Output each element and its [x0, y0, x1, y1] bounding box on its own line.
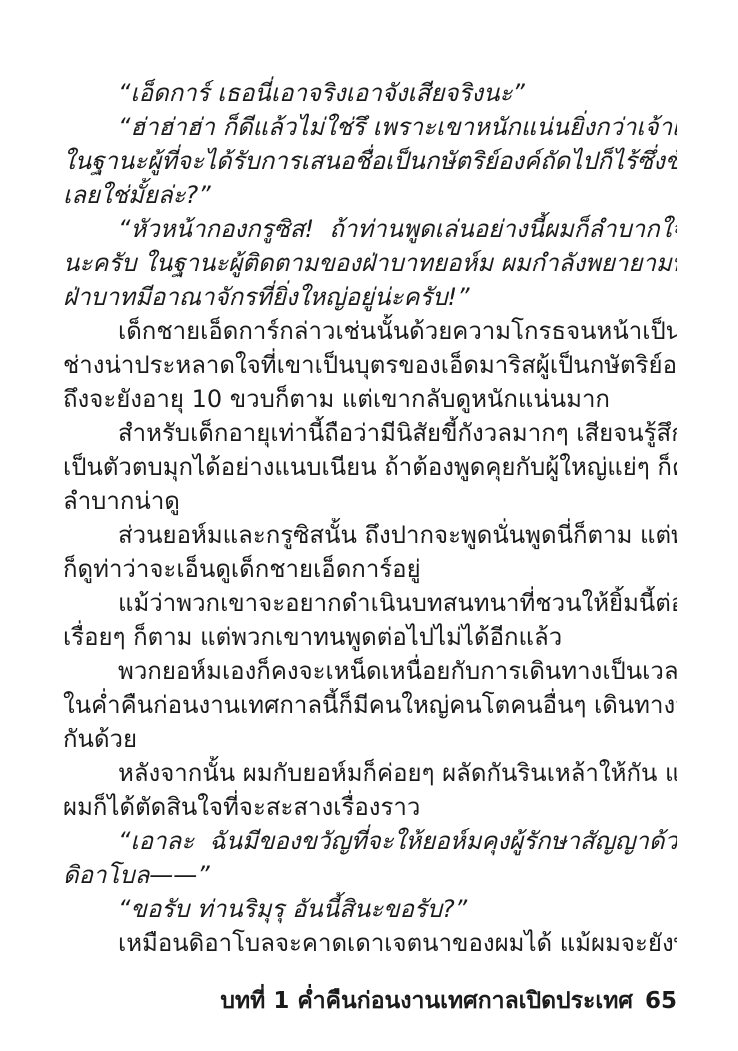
text-line: “เอาละ ฉันมีของขวัญที่จะให้ยอห์มคุงผู้รั… — [63, 824, 677, 858]
text-line: ดิอาโบล——” — [63, 858, 677, 892]
text-line: “ฮ่าฮ่าฮ่า ก็ดีแล้วไม่ใช่รึ เพราะเขาหนัก… — [63, 110, 677, 144]
text-line: ส่วนยอห์มและกรูซิสนั้น ถึงปากจะพูดนั่นพู… — [63, 518, 677, 552]
text-line: ลำบากน่าดู — [63, 484, 677, 518]
text-line: หลังจากนั้น ผมกับยอห์มก็ค่อยๆ ผลัดกันริน… — [63, 756, 677, 790]
text-line: เรื่อยๆ ก็ตาม แต่พวกเขาทนพูดต่อไปไม่ได้อ… — [63, 620, 677, 654]
paragraph-narration: สำหรับเด็กอายุเท่านี้ถือว่ามีนิสัยขี้กัง… — [63, 416, 677, 518]
paragraph-narration: แม้ว่าพวกเขาจะอยากดำเนินบทสนทนาที่ชวนให้… — [63, 586, 677, 654]
paragraph-dialogue: “ฮ่าฮ่าฮ่า ก็ดีแล้วไม่ใช่รึ เพราะเขาหนัก… — [63, 110, 677, 212]
text-line: “เอ็ดการ์ เธอนี่เอาจริงเอาจังเสียจริงนะ” — [63, 76, 677, 110]
page-footer: บทที่ 1 ค่ำคืนก่อนงานเทศกาลเปิดประเทศ65 — [63, 950, 677, 1051]
paragraph-dialogue: “เอ็ดการ์ เธอนี่เอาจริงเอาจังเสียจริงนะ” — [63, 76, 677, 110]
paragraph-narration: พวกยอห์มเองก็คงจะเหน็ดเหนื่อยกับการเดินท… — [63, 654, 677, 756]
text-line: กันด้วย — [63, 722, 677, 756]
paragraph-narration: หลังจากนั้น ผมกับยอห์มก็ค่อยๆ ผลัดกันริน… — [63, 756, 677, 824]
paragraph-dialogue: “ขอรับ ท่านริมุรุ อันนี้สินะขอรับ?” — [63, 892, 677, 926]
text-line: นะครับ ในฐานะผู้ติดตามของฝ่าบาทยอห์ม ผมก… — [63, 246, 677, 280]
text-line: ในค่ำคืนก่อนงานเทศกาลนี้ก็มีคนใหญ่คนโตคน… — [63, 688, 677, 722]
paragraph-narration: ส่วนยอห์มและกรูซิสนั้น ถึงปากจะพูดนั่นพู… — [63, 518, 677, 586]
text-line: ก็ดูท่าว่าจะเอ็นดูเด็กชายเอ็ดการ์อยู่ — [63, 552, 677, 586]
book-page: “เอ็ดการ์ เธอนี่เอาจริงเอาจังเสียจริงนะ”… — [0, 0, 738, 1051]
text-line: พวกยอห์มเองก็คงจะเหน็ดเหนื่อยกับการเดินท… — [63, 654, 677, 688]
text-line: ผมก็ได้ตัดสินใจที่จะสะสางเรื่องราว — [63, 790, 677, 824]
page-number: 65 — [645, 988, 677, 1014]
text-line: แม้ว่าพวกเขาจะอยากดำเนินบทสนทนาที่ชวนให้… — [63, 586, 677, 620]
text-content: “เอ็ดการ์ เธอนี่เอาจริงเอาจังเสียจริงนะ”… — [63, 76, 677, 960]
text-line: “หัวหน้ากองกรูซิส! ถ้าท่านพูดเล่นอย่างนี… — [63, 212, 677, 246]
paragraph-dialogue: “เอาละ ฉันมีของขวัญที่จะให้ยอห์มคุงผู้รั… — [63, 824, 677, 892]
text-line: เลยใช่มั้ยล่ะ?” — [63, 178, 677, 212]
chapter-title: บทที่ 1 ค่ำคืนก่อนงานเทศกาลเปิดประเทศ — [220, 988, 633, 1014]
text-line: ถึงจะยังอายุ 10 ขวบก็ตาม แต่เขากลับดูหนั… — [63, 382, 677, 416]
text-line: ช่างน่าประหลาดใจที่เขาเป็นบุตรของเอ็ดมาร… — [63, 348, 677, 382]
text-line: เด็กชายเอ็ดการ์กล่าวเช่นนั้นด้วยความโกรธ… — [63, 314, 677, 348]
text-line: “ขอรับ ท่านริมุรุ อันนี้สินะขอรับ?” — [63, 892, 677, 926]
paragraph-dialogue: “หัวหน้ากองกรูซิส! ถ้าท่านพูดเล่นอย่างนี… — [63, 212, 677, 314]
text-line: สำหรับเด็กอายุเท่านี้ถือว่ามีนิสัยขี้กัง… — [63, 416, 677, 450]
text-line: ในฐานะผู้ที่จะได้รับการเสนอชื่อเป็นกษัตร… — [63, 144, 677, 178]
text-line: ฝ่าบาทมีอาณาจักรที่ยิ่งใหญ่อยู่น่ะครับ!” — [63, 280, 677, 314]
paragraph-narration: เด็กชายเอ็ดการ์กล่าวเช่นนั้นด้วยความโกรธ… — [63, 314, 677, 416]
text-line: เป็นตัวตบมุกได้อย่างแนบเนียน ถ้าต้องพูดค… — [63, 450, 677, 484]
